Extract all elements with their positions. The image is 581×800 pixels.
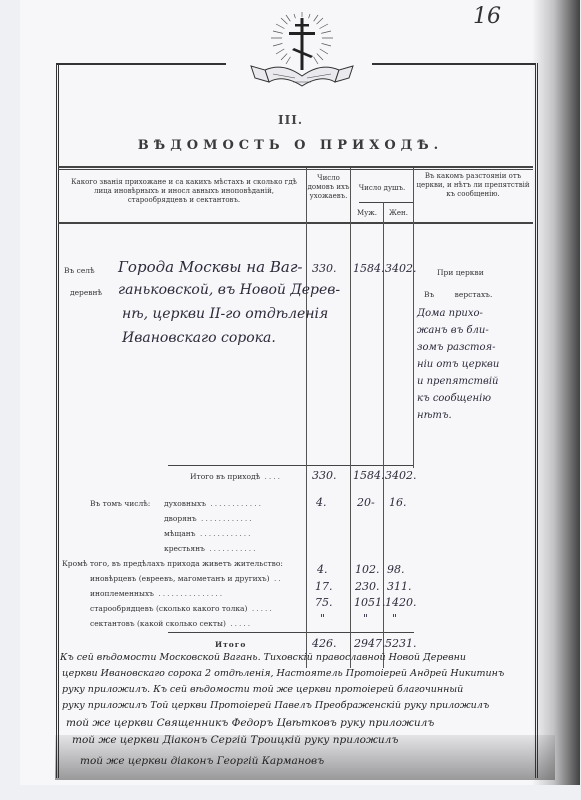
col-divider-1 — [306, 168, 307, 668]
heterodox-houses: 4. — [317, 563, 328, 576]
distance-in-versts: Въ верстахъ. — [424, 290, 492, 299]
breakdown-intro: Въ томъ числѣ: — [90, 499, 150, 508]
signature-line-1: Къ сей вѣдомости Московской Вагань. Тихо… — [60, 650, 466, 665]
col-divider-4 — [413, 168, 414, 468]
others-row-old-believers: старообрядцевъ (сколько какого толка) ..… — [90, 604, 274, 613]
distance-at-church: При церкви — [437, 268, 484, 277]
sectarians-male: " — [363, 612, 368, 625]
distance-note-1: Дома прихо- — [417, 308, 483, 319]
signature-line-5: той же церкви Священникъ Федоръ Цвѣтковъ… — [66, 716, 434, 731]
others-row-foreign: иноплеменныхъ ............... — [90, 589, 224, 598]
sectarians-female: " — [392, 612, 397, 625]
table-top-rule-2 — [58, 169, 533, 170]
others-row-sectarians: сектантовъ (какой сколько секты) ..... — [90, 619, 252, 628]
subtotal-rule — [168, 465, 414, 466]
signature-line-7: той же церкви діаконъ Георгій Кармановъ — [80, 754, 324, 769]
distance-note-6: къ сообщенію — [417, 393, 491, 404]
breakdown-row-clergy: духовныхъ ............ — [164, 499, 263, 508]
sectarians-houses: " — [320, 612, 325, 625]
old-believers-houses: 75. — [315, 596, 333, 609]
signature-line-6: той же церкви Діаконъ Сергій Троицкій ру… — [72, 733, 398, 748]
foreign-male: 230. — [355, 580, 380, 593]
entry-female: 3402. — [385, 262, 417, 275]
total-houses: 426. — [312, 637, 337, 650]
distance-note-4: ніи отъ церкви — [417, 359, 499, 370]
foreign-houses: 17. — [315, 580, 333, 593]
breakdown-row-nobles: дворянъ ............ — [164, 514, 254, 523]
section-number: III. — [0, 113, 581, 127]
foreign-female: 311. — [387, 580, 412, 593]
distance-note-7: нѣтъ. — [417, 410, 452, 421]
clergy-houses: 4. — [316, 496, 327, 509]
header-souls: Число душъ. — [351, 184, 413, 193]
entry-handwritten-line-1: Города Москвы на Ваг- — [118, 258, 302, 276]
distance-note-5: и препятствій — [417, 376, 498, 387]
total-label: Итого — [215, 640, 246, 649]
header-bottom-rule — [58, 222, 533, 224]
clergy-male: 20- — [357, 496, 375, 509]
total-female: 5231. — [385, 637, 417, 650]
distance-note-3: зомъ разстоя- — [417, 342, 496, 353]
signature-line-3: руку приложилъ. Къ сей вѣдомости той же … — [62, 682, 463, 697]
subtotal-label: Итого въ приходѣ .... — [190, 472, 282, 481]
header-distance: Въ какомъ разстояніи отъ церкви, и нѣтъ … — [414, 172, 532, 199]
old-believers-female: 1420. — [385, 596, 417, 609]
others-intro: Кромѣ того, въ предѣлахъ прихода живетъ … — [62, 559, 283, 568]
entry-handwritten-line-3: нѣ, церкви II-го отдѣленія — [122, 306, 328, 322]
heterodox-female: 98. — [387, 563, 405, 576]
entry-male: 1584. — [353, 262, 385, 275]
table-top-rule — [58, 166, 533, 168]
old-believers-male: 1051. — [354, 596, 386, 609]
breakdown-row-townsfolk: мѣщанъ ............ — [164, 529, 253, 538]
breakdown-row-peasants: крестьянъ ........... — [164, 544, 257, 553]
header-female: Жен. — [384, 209, 413, 218]
label-city: Въ селѣ — [64, 266, 95, 275]
clergy-female: 16. — [389, 496, 407, 509]
heterodox-male: 102. — [355, 563, 380, 576]
total-rule — [168, 632, 414, 633]
page-number: 16 — [473, 4, 501, 29]
subtotal-houses: 330. — [312, 469, 337, 482]
header-male: Муж. — [351, 209, 383, 218]
header-rank-location: Какого званія прихожане и са какихъ мѣст… — [66, 178, 302, 205]
subtotal-male: 1584. — [353, 469, 385, 482]
entry-houses: 330. — [312, 262, 337, 275]
total-male: 2947. — [354, 637, 386, 650]
signature-line-4: руку приложилъ Той церкви Протоіерей Пав… — [62, 698, 489, 713]
page-title: ВѢДОМОСТЬ О ПРИХОДѢ. — [0, 138, 581, 153]
signature-line-2: церкви Ивановскаго сорока 2 отдѣленія, Н… — [62, 666, 504, 681]
label-village: деревнѣ — [70, 288, 102, 297]
subtotal-female: 3402. — [385, 469, 417, 482]
entry-handwritten-line-2: ганьковской, въ Новой Дерев- — [118, 282, 340, 298]
others-row-heterodox: иновѣрцевъ (евреевъ, магометанъ и других… — [90, 574, 283, 583]
souls-subheader-rule — [359, 202, 413, 203]
header-houses: Число домовъ ихъ ухожаевъ. — [307, 174, 350, 201]
distance-note-2: жанъ въ бли- — [417, 325, 489, 336]
col-divider-2 — [350, 168, 351, 668]
entry-handwritten-line-4: Ивановскаго сорока. — [122, 330, 276, 346]
